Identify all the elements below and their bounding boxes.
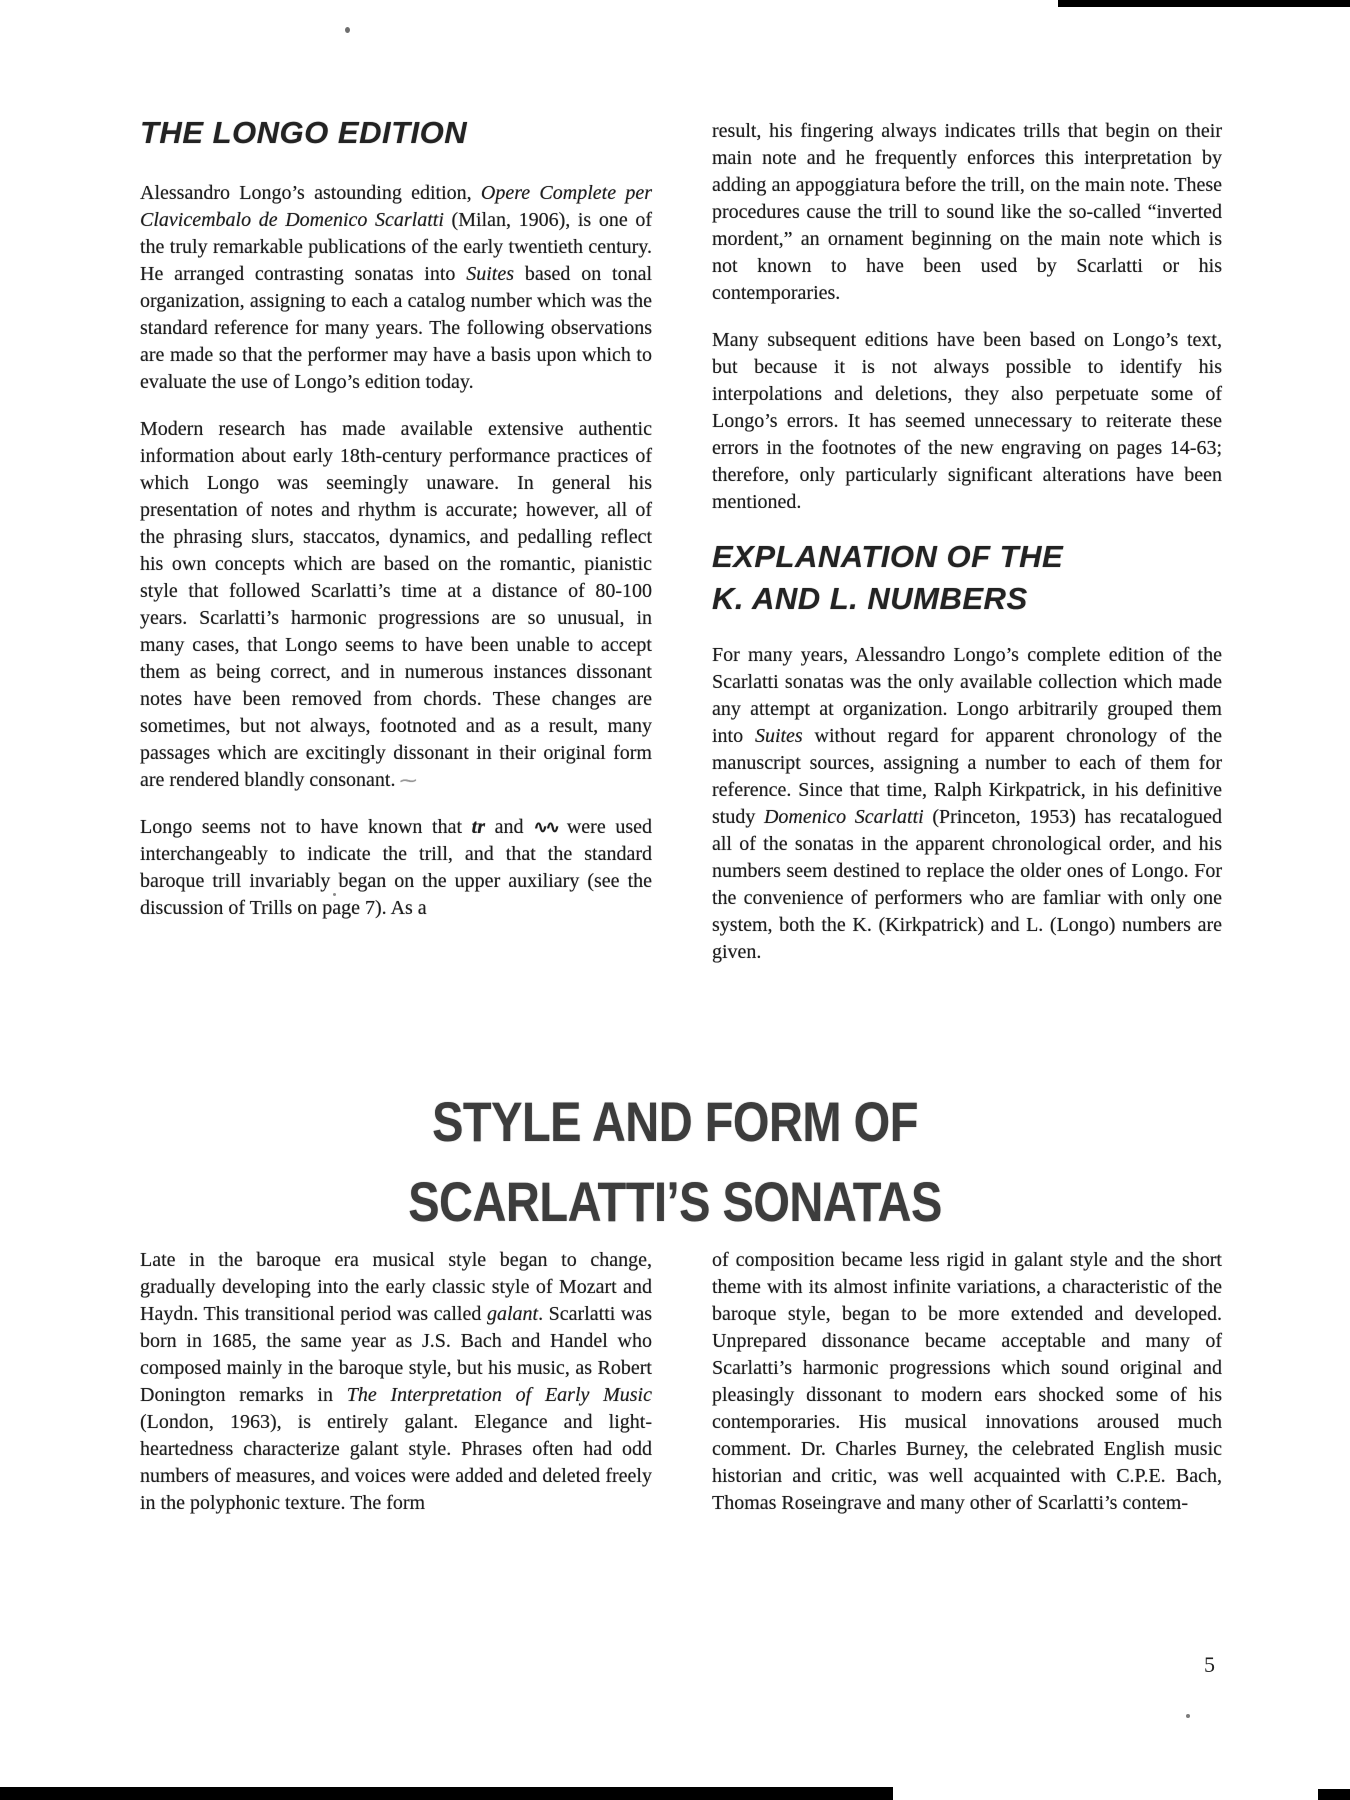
paragraph-trill-1: result, his fingering always indicates t… xyxy=(712,118,1222,307)
left-column-top: THE LONGO EDITION Alessandro Longo’s ast… xyxy=(140,112,652,922)
paragraph-longo-2: Modern research has made available exten… xyxy=(140,416,652,794)
longo-edition-heading: THE LONGO EDITION xyxy=(140,112,652,154)
scan-speck xyxy=(333,893,336,896)
paragraph-editions-2: Many subsequent editions have been based… xyxy=(712,327,1222,516)
page-number: 5 xyxy=(1204,1652,1215,1678)
kl-heading-line1: EXPLANATION OF THE xyxy=(712,536,1222,578)
paragraph-kirkpatrick-3: For many years, Alessandro Longo’s compl… xyxy=(712,642,1222,966)
scan-bar-bottom-left xyxy=(0,1787,893,1800)
paragraph-composition: of composition became less rigid in gala… xyxy=(712,1247,1222,1517)
paragraph-longo-3: Longo seems not to have known that tr an… xyxy=(140,814,652,922)
right-column-top: result, his fingering always indicates t… xyxy=(712,118,1222,966)
paragraph-galant-style: Late in the baroque era musical style be… xyxy=(140,1247,652,1517)
right-column-bottom: of composition became less rigid in gala… xyxy=(712,1247,1222,1517)
k-and-l-numbers-heading: EXPLANATION OF THE K. AND L. NUMBERS xyxy=(712,536,1222,620)
left-column-bottom: Late in the baroque era musical style be… xyxy=(140,1247,652,1517)
scanned-book-page: THE LONGO EDITION Alessandro Longo’s ast… xyxy=(0,0,1350,1800)
scan-bar-top-right xyxy=(1058,0,1350,7)
scan-speck xyxy=(345,27,350,33)
style-heading-line1: STYLE AND FORM OF xyxy=(0,1082,1350,1162)
kl-heading-line2: K. AND L. NUMBERS xyxy=(712,578,1222,620)
scan-mark-bottom-right xyxy=(1318,1789,1350,1800)
paragraph-longo-1: Alessandro Longo’s astounding edition, O… xyxy=(140,180,652,396)
style-and-form-heading: STYLE AND FORM OF SCARLATTI’S SONATAS xyxy=(0,1082,1350,1242)
style-heading-line2: SCARLATTI’S SONATAS xyxy=(0,1162,1350,1242)
scan-speck xyxy=(1186,1714,1190,1718)
